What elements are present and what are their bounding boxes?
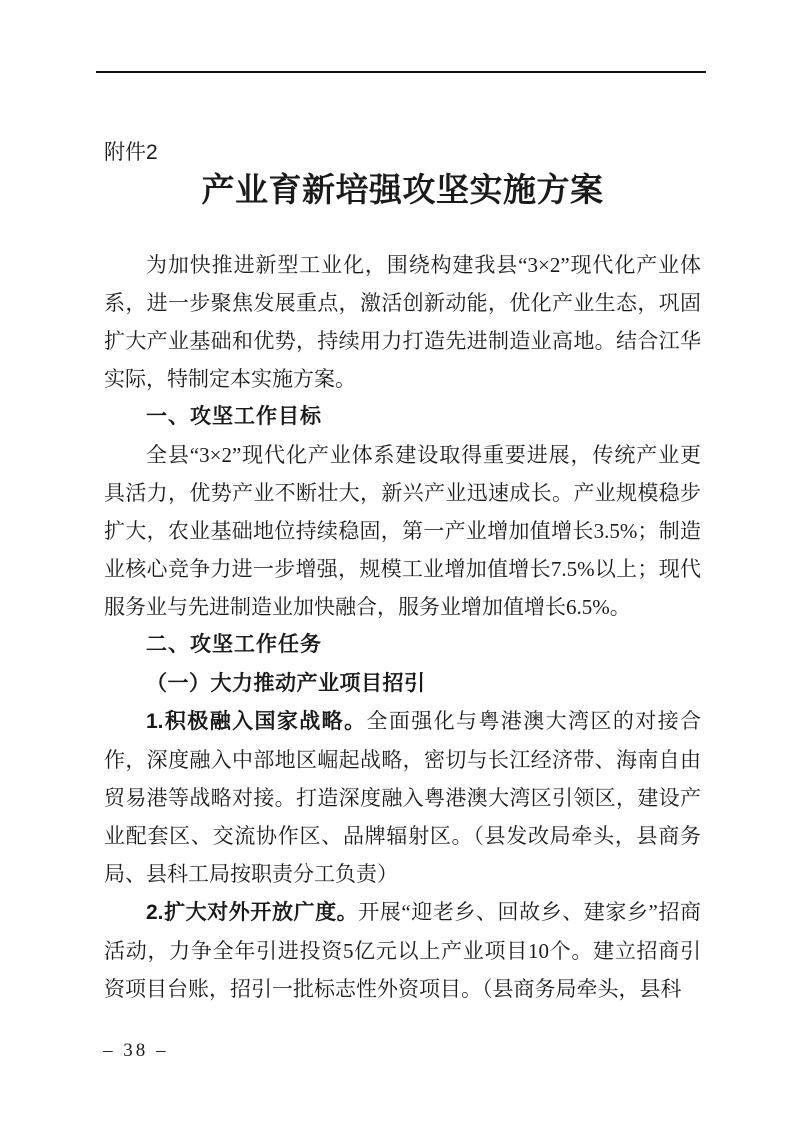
document-title: 产业育新培强攻坚实施方案 (104, 169, 701, 213)
attachment-label: 附件2 (104, 141, 701, 165)
page-number: – 38 – (103, 1040, 169, 1062)
document-page: 附件2 产业育新培强攻坚实施方案 为加快推进新型工业化，围绕构建我县“3×2”现… (0, 0, 793, 1122)
item-1-text: 全面强化与粤港澳大湾区的对接合作，深度融入中部地区崛起战略，密切与长江经济带、海… (104, 709, 701, 886)
document-body: 为加快推进新型工业化，围绕构建我县“3×2”现代化产业体系，进一步聚焦发展重点，… (104, 246, 701, 1008)
item-2-paragraph: 2.扩大对外开放广度。开展“迎老乡、回故乡、建家乡”招商活动，力争全年引进投资5… (104, 893, 701, 1008)
subsection-1-heading: （一）大力推动产业项目招引 (104, 664, 701, 702)
item-1-lead: 1.积极融入国家战略。 (146, 710, 366, 733)
document-content: 附件2 产业育新培强攻坚实施方案 为加快推进新型工业化，围绕构建我县“3×2”现… (104, 0, 701, 1008)
section-2-heading: 二、攻坚工作任务 (104, 626, 701, 664)
intro-paragraph: 为加快推进新型工业化，围绕构建我县“3×2”现代化产业体系，进一步聚焦发展重点，… (104, 246, 701, 398)
section-1-paragraph: 全县“3×2”现代化产业体系建设取得重要进展，传统产业更具活力，优势产业不断壮大… (104, 436, 701, 626)
item-1-paragraph: 1.积极融入国家战略。全面强化与粤港澳大湾区的对接合作，深度融入中部地区崛起战略… (104, 702, 701, 893)
section-1-heading: 一、攻坚工作目标 (104, 398, 701, 436)
item-2-lead: 2.扩大对外开放广度。 (146, 901, 358, 924)
